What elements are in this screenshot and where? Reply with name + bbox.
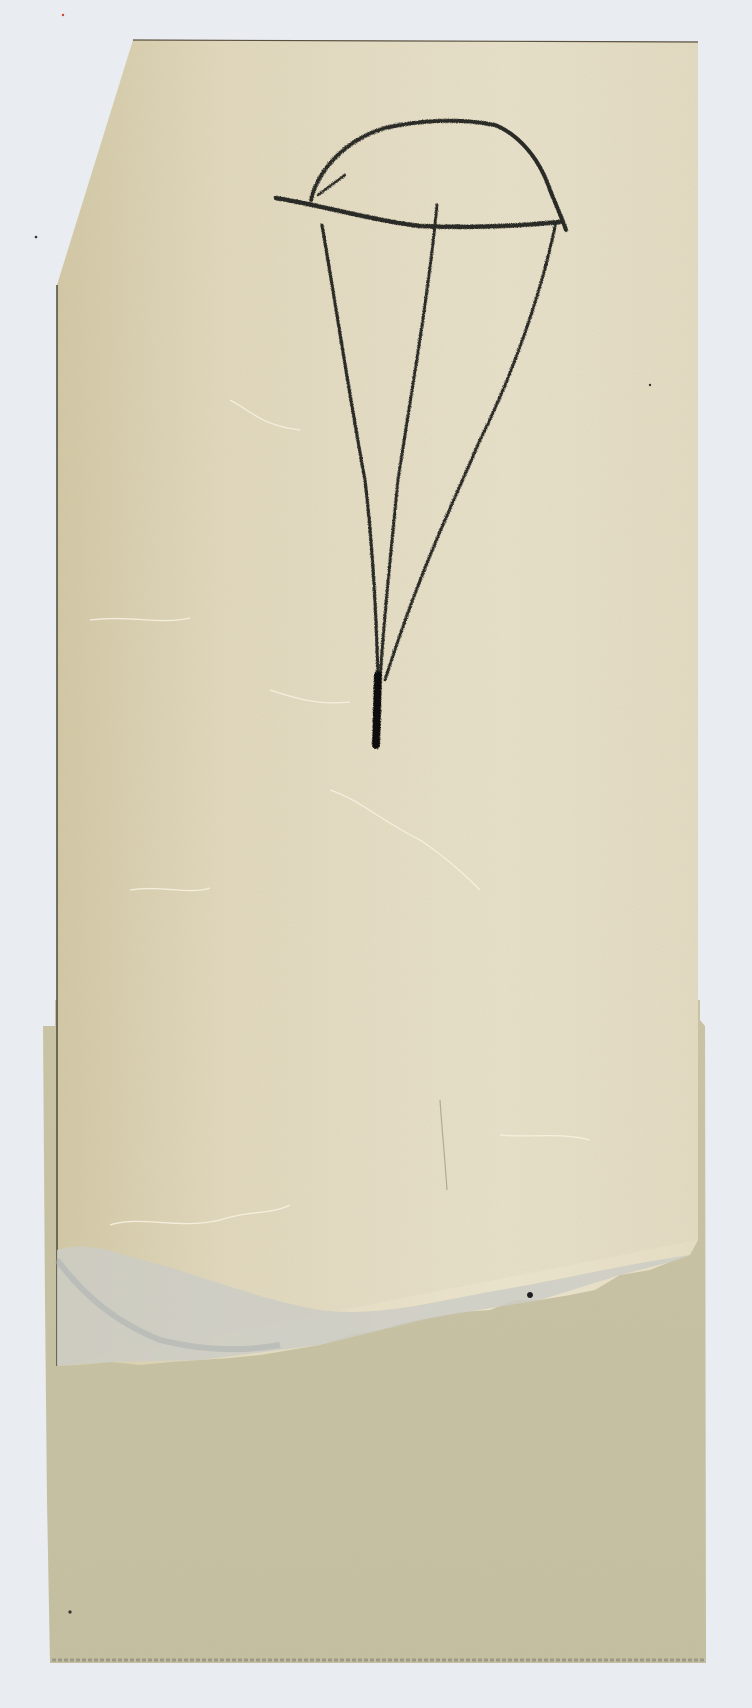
- payload: [376, 675, 378, 745]
- scanned-drawing: [0, 0, 752, 1708]
